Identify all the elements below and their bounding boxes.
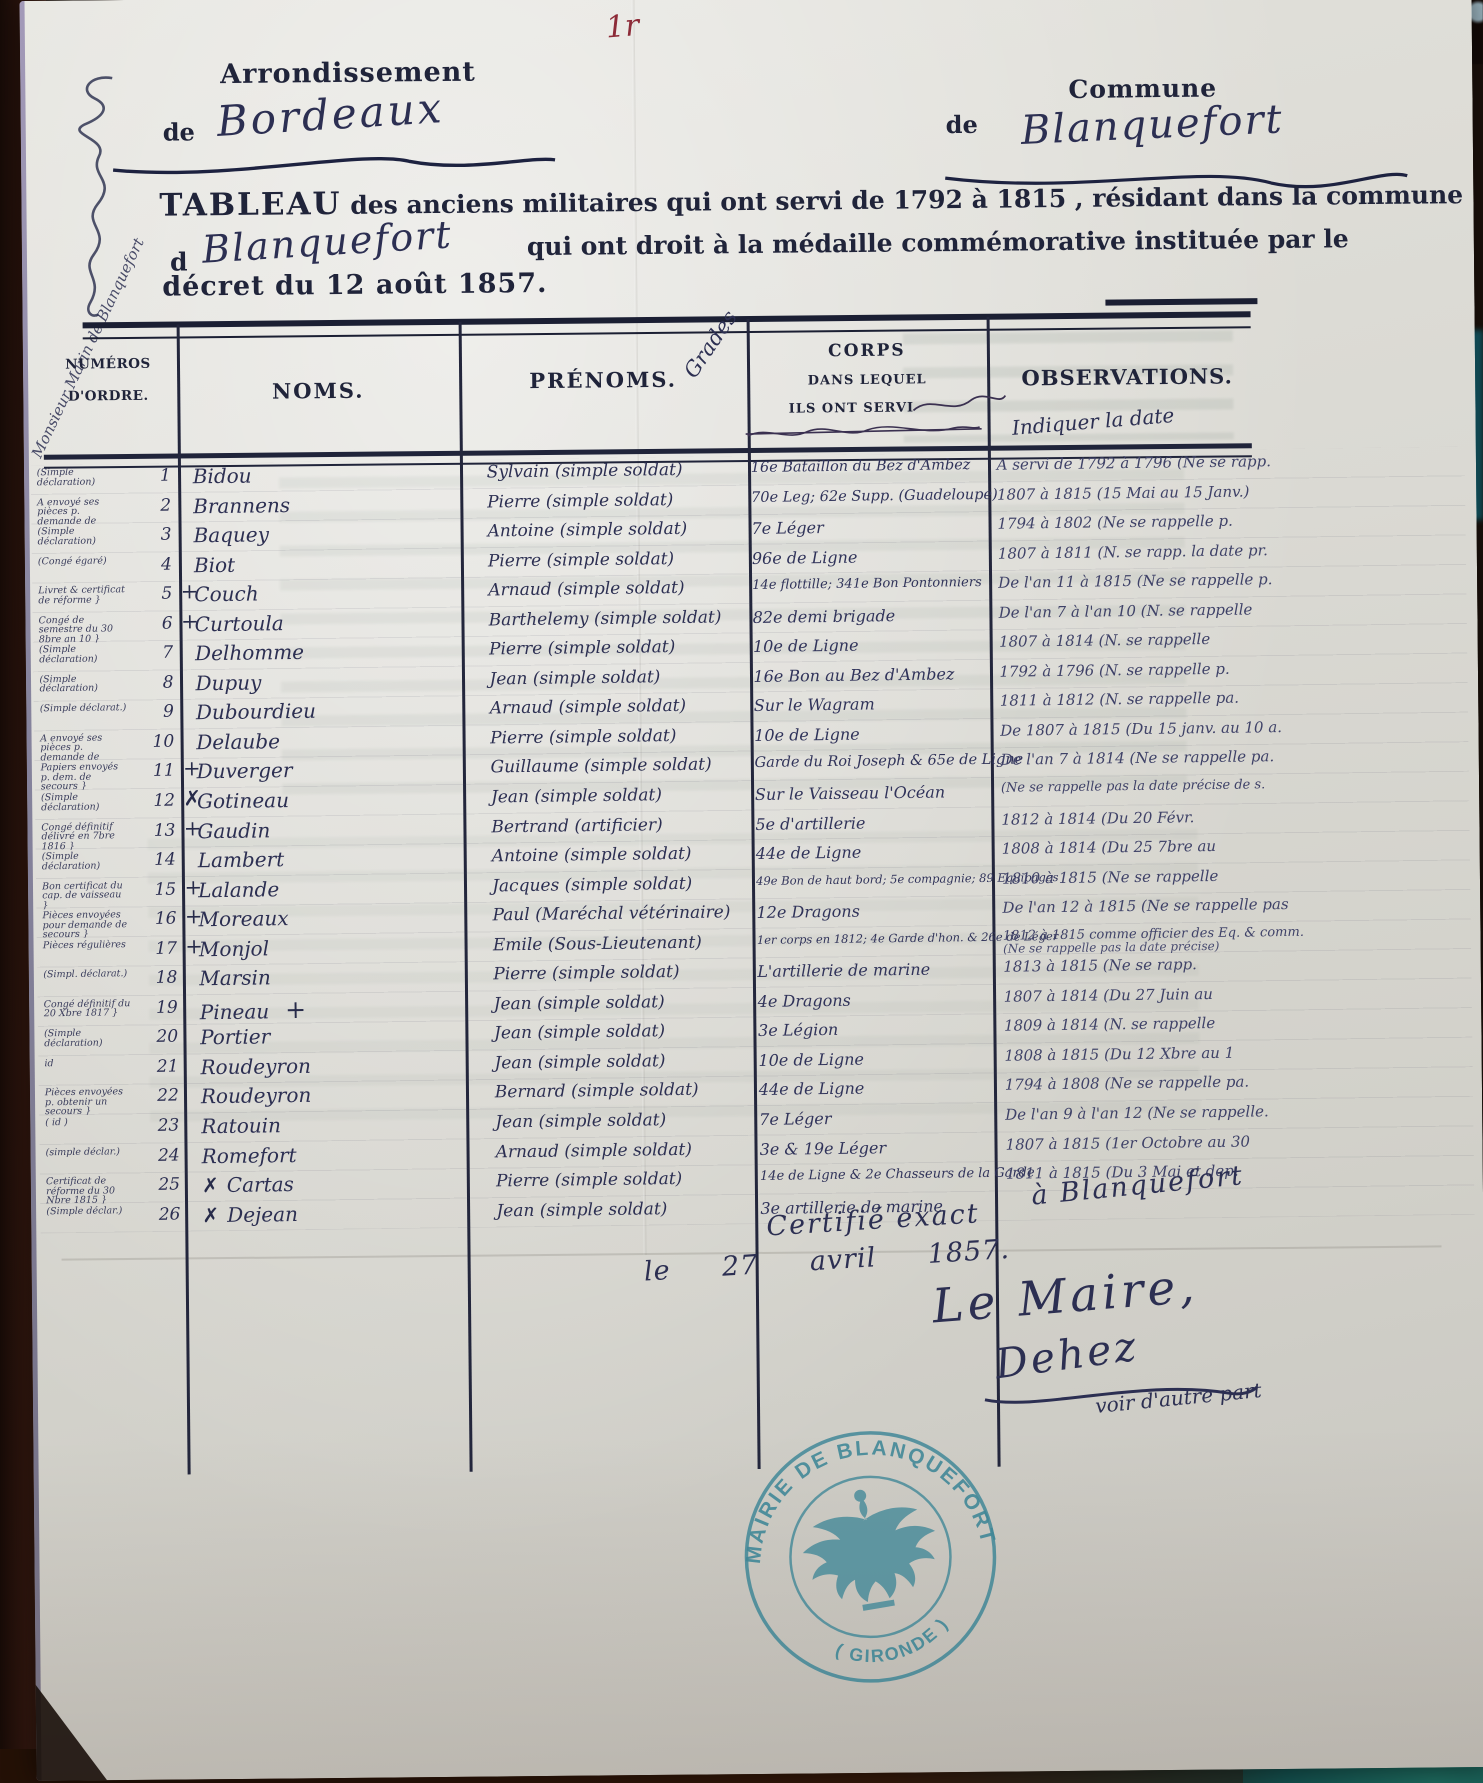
ink-flourish-icon — [50, 72, 142, 323]
row-name: Monjol — [183, 933, 465, 962]
column-header-ordre: D'ORDRE. — [39, 388, 177, 405]
pen-flourish-icon — [911, 390, 1007, 419]
row-name: Pineau+ — [184, 992, 466, 1026]
order-cross-mark: + — [184, 816, 202, 840]
row-name: Romefort — [185, 1139, 467, 1168]
row-prenom: Sylvain (simple soldat) — [459, 456, 747, 483]
row-number: 26 — [136, 1202, 186, 1225]
underline-flourish-icon — [109, 146, 559, 184]
row-name: Lalande — [182, 873, 464, 902]
commune-de: de — [946, 110, 978, 139]
row-corps: 10e de Ligne — [750, 719, 990, 745]
row-number: 25 — [136, 1173, 186, 1196]
row-annotation: (Simpl. déclarat.) — [37, 966, 133, 980]
row-number: 11+ — [130, 759, 180, 782]
row-annotation: (Simple déclaration) — [31, 464, 127, 487]
row-name: ✗Cartas — [186, 1169, 468, 1198]
order-cross-mark: + — [183, 757, 201, 781]
stamp-bottom-text: ( GIRONDE ) — [828, 1611, 957, 1674]
row-prenom: Antoine (simple soldat) — [464, 840, 752, 867]
row-corps: 16e Bon au Bez d'Ambez — [749, 660, 989, 686]
row-number: 19 — [134, 995, 184, 1018]
row-corps: 7e Léger — [755, 1103, 995, 1129]
row-annotation: Pièces envoyées p. obtenir un secours } — [39, 1085, 135, 1116]
order-cross-mark: + — [185, 934, 203, 958]
row-number: 12✗ — [131, 789, 181, 812]
row-number: 6+ — [129, 611, 179, 634]
column-header-observations: OBSERVATIONS. — [987, 363, 1267, 391]
row-annotation: (Simple déclaration) — [31, 523, 127, 546]
row-corps: 4e Dragons — [754, 985, 994, 1011]
column-header-corps: CORPS — [747, 340, 987, 362]
row-corps: 82e demi brigade — [748, 601, 988, 627]
row-annotation: (Simple déclar.) — [40, 1203, 136, 1217]
row-annotation: Pièces régulières — [37, 937, 133, 951]
row-annotation: A envoyé ses pièces p. demande de secour… — [34, 730, 130, 761]
row-prenom: Jean (simple soldat) — [466, 1047, 754, 1074]
order-cross-mark: + — [181, 609, 199, 633]
row-corps: 7e Léger — [747, 512, 987, 538]
row-number: 9 — [130, 700, 180, 723]
row-prenom: Jean (simple soldat) — [466, 1017, 754, 1044]
row-prenom: Guillaume (simple soldat) — [462, 752, 750, 779]
row-corps: 5e d'artillerie — [751, 807, 991, 833]
row-number: 13+ — [131, 818, 181, 841]
row-corps: 14e flottille; 341e Bon Pontonniers — [748, 571, 988, 593]
row-corps: 1er corps en 1812; 4e Garde d'hon. & 26e… — [753, 926, 993, 947]
row-prenom: Emile (Sous-Lieutenant) — [465, 929, 753, 956]
row-number: 4 — [128, 552, 178, 575]
row-annotation: Certificat de réforme du 30 Nbre 1815 } — [40, 1173, 136, 1204]
name-cross-mark: ✗ — [202, 1173, 219, 1197]
row-annotation: A envoyé ses pièces p. demande de secour… — [31, 494, 127, 525]
order-cross-mark: + — [181, 579, 199, 603]
row-number: 3 — [127, 523, 177, 546]
table-rule — [83, 311, 1251, 339]
row-prenom: Arnaud (simple soldat) — [462, 692, 750, 719]
row-annotation: (Simple déclaration) — [35, 789, 131, 812]
order-cross-mark: ✗ — [183, 786, 201, 810]
row-prenom: Jean (simple soldat) — [461, 663, 749, 690]
title-line2-text: qui ont droit à la médaille commémorativ… — [527, 224, 1349, 261]
row-name: Baquey — [177, 519, 459, 548]
row-annotation: (Congé égaré) — [32, 553, 128, 567]
row-prenom: Jean (simple soldat) — [467, 1106, 755, 1133]
row-name: Gaudin — [181, 814, 463, 843]
row-prenom: Bertrand (artificier) — [463, 811, 751, 838]
column-header-noms: NOMS. — [177, 377, 459, 405]
eagle-icon — [794, 1479, 946, 1620]
row-name: ✗Dejean — [186, 1198, 468, 1227]
row-prenom: Jacques (simple soldat) — [464, 870, 752, 897]
row-corps: 44e de Ligne — [752, 837, 992, 863]
row-name: Lambert — [182, 844, 464, 873]
row-prenom: Paul (Maréchal vétérinaire) — [464, 899, 752, 926]
table-body: (Simple déclaration)1BidouSylvain (simpl… — [31, 447, 1475, 1234]
row-annotation: id — [38, 1055, 134, 1069]
row-annotation: (simple déclar.) — [40, 1144, 136, 1158]
row-prenom: Jean (simple soldat) — [468, 1195, 756, 1222]
row-name: Portier — [184, 1021, 466, 1050]
row-annotation: Congé définitif du 20 Xbre 1817 } — [38, 996, 134, 1019]
arrondissement-de: de — [163, 117, 195, 146]
row-name: Marsin — [183, 962, 465, 991]
row-name: Dubourdieu — [180, 696, 462, 725]
row-number: 23 — [135, 1113, 185, 1136]
row-annotation: Papiers envoyés p. dem. de secours } — [34, 760, 130, 791]
row-corps: 14e de Ligne & 2e Chasseurs de la Garde — [756, 1162, 996, 1184]
row-prenom: Pierre (simple soldat) — [460, 545, 748, 572]
row-prenom: Pierre (simple soldat) — [462, 722, 750, 749]
title-line1: TABLEAU des anciens militaires qui ont s… — [159, 177, 1259, 224]
row-corps: 12e Dragons — [752, 896, 992, 922]
row-annotation: Congé définitif délivré en 7bre 1816 } — [35, 819, 131, 850]
column-header-numeros: NUMÉROS — [39, 356, 177, 373]
row-annotation: Livret & certificat de réforme } — [32, 582, 128, 605]
row-name: Gotineau — [181, 785, 463, 814]
observations-note-handwritten: Indiquer la date — [1011, 397, 1252, 440]
register-table: NUMÉROS D'ORDRE. NOMS. PRÉNOMS. Grades C… — [31, 309, 1480, 1483]
name-cross-mark: ✗ — [202, 1203, 219, 1227]
name-cross-mark: + — [285, 995, 306, 1024]
row-number: 15+ — [132, 877, 182, 900]
row-name: Delhomme — [179, 637, 461, 666]
row-name: Duverger — [180, 755, 462, 784]
row-prenom: Pierre (simple soldat) — [465, 958, 753, 985]
row-prenom: Bernard (simple soldat) — [467, 1076, 755, 1103]
row-prenom: Pierre (simple soldat) — [461, 633, 749, 660]
document-paper: 1r Arrondissement de Bordeaux Commune de… — [19, 0, 1483, 1781]
row-corps: Sur le Wagram — [750, 689, 990, 715]
arrondissement-value-handwritten: Bordeaux — [215, 83, 445, 146]
row-number: 21 — [134, 1054, 184, 1077]
row-corps: 16e Bataillon du Bez d'Ambez — [747, 453, 987, 476]
column-header-corps-line2: DANS LEQUEL — [747, 372, 987, 389]
row-number: 22 — [135, 1084, 185, 1107]
mairie-stamp: MAIRIE DE BLANQUEFORT ( GIRONDE ) — [714, 1400, 1027, 1713]
row-name: Biot — [178, 548, 460, 577]
row-number: 18 — [133, 966, 183, 989]
row-prenom: Pierre (simple soldat) — [468, 1165, 756, 1192]
row-corps: 49e Bon de haut bord; 5e compagnie; 89 E… — [752, 867, 992, 888]
row-prenom: Barthelemy (simple soldat) — [461, 604, 749, 631]
title-line3: décret du 12 août 1857. — [162, 268, 547, 303]
row-number: 10 — [130, 729, 180, 752]
row-prenom: Antoine (simple soldat) — [459, 515, 747, 542]
row-name: Roudeyron — [185, 1080, 467, 1109]
row-corps: 10e de Ligne — [754, 1044, 994, 1070]
row-name: Moreaux — [182, 903, 464, 932]
row-annotation: Bon certificat du cap. de vaisseau } — [36, 878, 132, 909]
row-annotation: (Simple déclaration) — [33, 671, 129, 694]
folio-mark: 1r — [604, 8, 640, 46]
order-cross-mark: + — [184, 875, 202, 899]
row-annotation: (Simple déclaration) — [36, 848, 132, 871]
row-annotation: ( id ) — [39, 1114, 135, 1128]
row-corps: 10e de Ligne — [749, 630, 989, 656]
title-line1-text: des anciens militaires qui ont servi de … — [350, 180, 1463, 220]
row-corps: Garde du Roi Joseph & 65e de Ligne — [750, 748, 990, 771]
row-name: Curtoula — [179, 608, 461, 637]
title-word-tableau: TABLEAU — [159, 186, 341, 224]
row-annotation: Pièces envoyées pour demande de secours … — [36, 907, 132, 938]
row-annotation: Congé de semestre du 30 8bre an 10 } — [33, 612, 129, 643]
row-corps: L'artillerie de marine — [753, 955, 993, 981]
row-corps: 3e & 19e Léger — [755, 1132, 995, 1158]
row-name: Delaube — [180, 726, 462, 755]
row-number: 24 — [135, 1143, 185, 1166]
row-prenom: Jean (simple soldat) — [463, 781, 751, 808]
row-number: 14 — [132, 848, 182, 871]
row-number: 8 — [129, 670, 179, 693]
row-annotation: (Simple déclaration) — [33, 641, 129, 664]
row-number: 17+ — [133, 936, 183, 959]
row-corps: 3e Légion — [754, 1014, 994, 1040]
row-prenom: Arnaud (simple soldat) — [460, 574, 748, 601]
row-number: 1 — [127, 464, 177, 487]
row-name: Dupuy — [179, 667, 461, 696]
row-number: 16+ — [132, 907, 182, 930]
row-corps: 44e de Ligne — [755, 1073, 995, 1099]
row-corps: Sur le Vaisseau l'Océan — [751, 778, 991, 804]
row-corps: 70e Leg; 62e Supp. (Guadeloupe) — [747, 482, 987, 505]
struck-out-scribble-icon — [744, 420, 984, 446]
order-cross-mark: + — [185, 904, 203, 928]
row-number: 2 — [127, 493, 177, 516]
table-rule — [1105, 298, 1257, 305]
row-number: 5+ — [128, 582, 178, 605]
row-annotation: (Simple déclarat.) — [34, 701, 130, 715]
row-name: Brannens — [177, 489, 459, 518]
row-prenom: Pierre (simple soldat) — [459, 486, 747, 513]
row-prenom: Jean (simple soldat) — [466, 988, 754, 1015]
row-number: 7 — [129, 641, 179, 664]
commune-value-handwritten: Blanquefort — [1020, 96, 1285, 154]
row-annotation: (Simple déclaration) — [38, 1026, 134, 1049]
row-corps: 96e de Ligne — [748, 542, 988, 568]
row-name: Couch — [178, 578, 460, 607]
row-name: Ratouin — [185, 1110, 467, 1139]
row-number: 20 — [134, 1025, 184, 1048]
row-name: Bidou — [177, 460, 459, 489]
row-name: Roudeyron — [184, 1051, 466, 1080]
row-prenom: Arnaud (simple soldat) — [467, 1136, 755, 1163]
